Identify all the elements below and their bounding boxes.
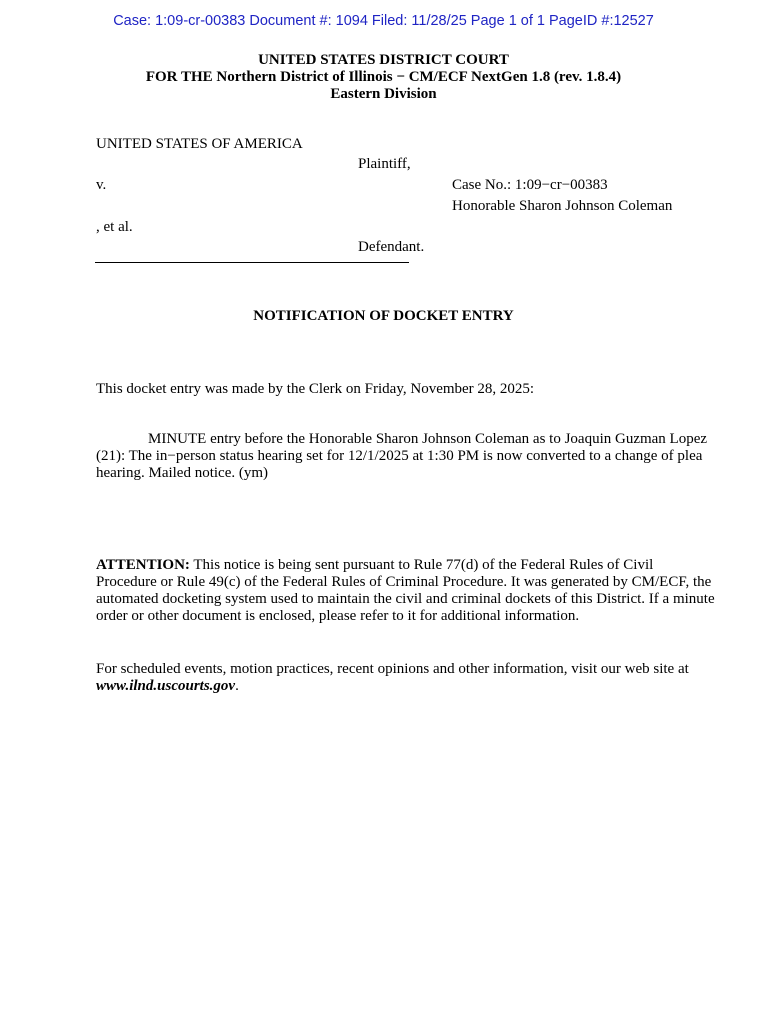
filing-stamp: Case: 1:09-cr-00383 Document #: 1094 Fil… bbox=[0, 13, 767, 29]
court-name: UNITED STATES DISTRICT COURT bbox=[0, 52, 767, 69]
court-division: Eastern Division bbox=[0, 86, 767, 103]
defendant-label: Defendant. bbox=[358, 239, 424, 256]
court-district: FOR THE Northern District of Illinois − … bbox=[0, 69, 767, 86]
attention-label: ATTENTION: bbox=[96, 557, 190, 573]
entry-intro: This docket entry was made by the Clerk … bbox=[96, 381, 716, 398]
case-number: Case No.: 1:09−cr−00383 bbox=[452, 177, 608, 194]
website-link[interactable]: www.ilnd.uscourts.gov bbox=[96, 678, 235, 694]
court-header: UNITED STATES DISTRICT COURT FOR THE Nor… bbox=[0, 52, 767, 103]
attention-notice: ATTENTION: This notice is being sent pur… bbox=[96, 557, 716, 625]
footer-text: For scheduled events, motion practices, … bbox=[96, 661, 689, 677]
document-title: NOTIFICATION OF DOCKET ENTRY bbox=[0, 308, 767, 325]
versus: v. bbox=[96, 177, 106, 194]
caption-divider bbox=[95, 262, 409, 263]
footer-info: For scheduled events, motion practices, … bbox=[96, 661, 716, 695]
plaintiff-label: Plaintiff, bbox=[358, 156, 411, 173]
footer-end: . bbox=[235, 678, 239, 694]
docket-entry-text: MINUTE entry before the Honorable Sharon… bbox=[96, 431, 716, 482]
judge-name: Honorable Sharon Johnson Coleman bbox=[452, 198, 672, 215]
entry-body: MINUTE entry before the Honorable Sharon… bbox=[96, 431, 707, 481]
defendant-name: , et al. bbox=[96, 219, 133, 236]
plaintiff-name: UNITED STATES OF AMERICA bbox=[96, 136, 303, 153]
